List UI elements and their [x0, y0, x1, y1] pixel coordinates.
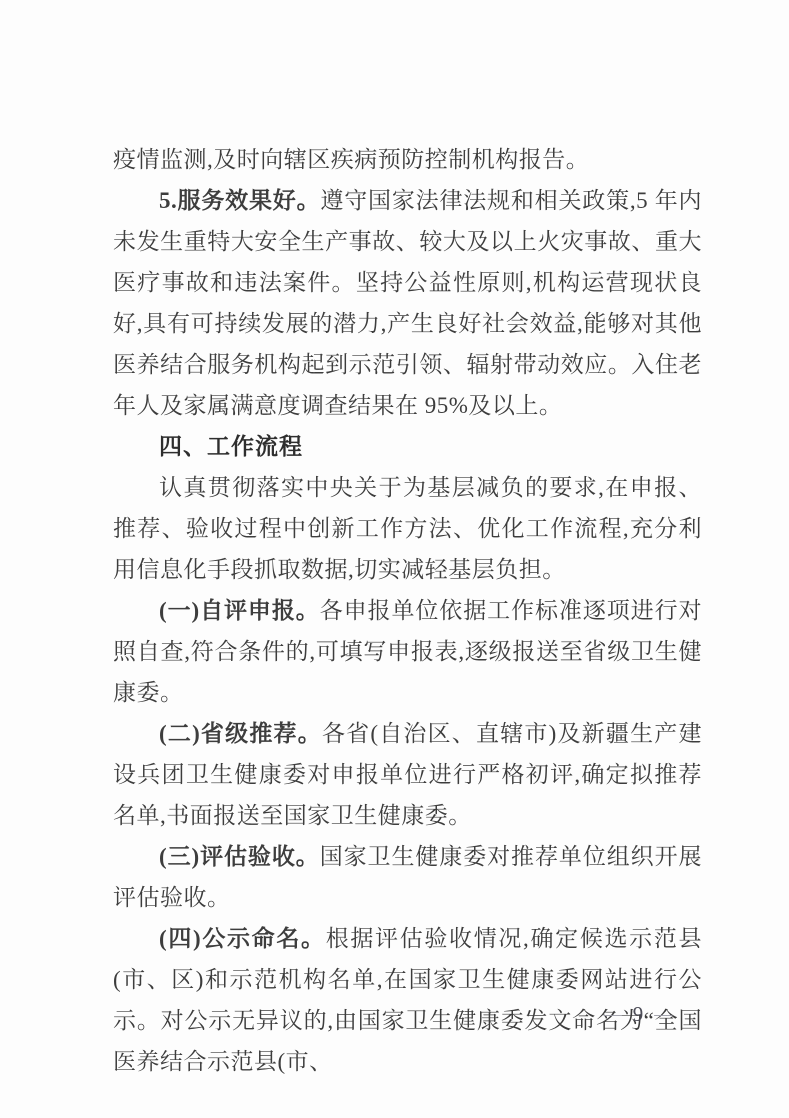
paragraph-intro: 认真贯彻落实中央关于为基层减负的要求,在申报、推荐、验收过程中创新工作方法、优化…: [113, 467, 702, 590]
section-heading: 四、工作流程: [113, 426, 702, 467]
paragraph-intro-text: 认真贯彻落实中央关于为基层减负的要求,在申报、推荐、验收过程中创新工作方法、优化…: [113, 475, 702, 582]
paragraph-step3: (三)评估验收。国家卫生健康委对推荐单位组织开展评估验收。: [113, 836, 702, 918]
paragraph-step2: (二)省级推荐。各省(自治区、直辖市)及新疆生产建设兵团卫生健康委对申报单位进行…: [113, 713, 702, 836]
document-page: 疫情监测,及时向辖区疾病预防控制机构报告。 5.服务效果好。遵守国家法律法规和相…: [0, 0, 789, 1118]
page-number-dash-left: —: [604, 1004, 622, 1025]
section-heading-text: 四、工作流程: [159, 433, 303, 459]
paragraph-step2-lead: (二)省级推荐。: [159, 721, 322, 746]
paragraph-continuation: 疫情监测,及时向辖区疾病预防控制机构报告。: [113, 139, 702, 180]
paragraph-step1: (一)自评申报。各申报单位依据工作标准逐项进行对照自查,符合条件的,可填写申报表…: [113, 590, 702, 713]
paragraph-item5-text: 遵守国家法律法规和相关政策,5 年内未发生重特大安全生产事故、较大及以上火灾事故…: [113, 188, 702, 418]
paragraph-item5: 5.服务效果好。遵守国家法律法规和相关政策,5 年内未发生重特大安全生产事故、较…: [113, 180, 702, 426]
page-number-dash-right: —: [654, 1004, 672, 1025]
paragraph-step4: (四)公示命名。根据评估验收情况,确定候选示范县(市、区)和示范机构名单,在国家…: [113, 918, 702, 1082]
paragraph-step1-lead: (一)自评申报。: [159, 598, 320, 623]
page-number-value: 9: [633, 1002, 644, 1027]
paragraph-step3-lead: (三)评估验收。: [159, 844, 320, 869]
paragraph-continuation-text: 疫情监测,及时向辖区疾病预防控制机构报告。: [113, 147, 589, 172]
document-text-column: 疫情监测,及时向辖区疾病预防控制机构报告。 5.服务效果好。遵守国家法律法规和相…: [113, 139, 702, 1082]
paragraph-item5-lead: 5.服务效果好。: [159, 188, 320, 213]
paragraph-step4-lead: (四)公示命名。: [159, 926, 326, 951]
page-number: — 9 —: [588, 1002, 688, 1027]
